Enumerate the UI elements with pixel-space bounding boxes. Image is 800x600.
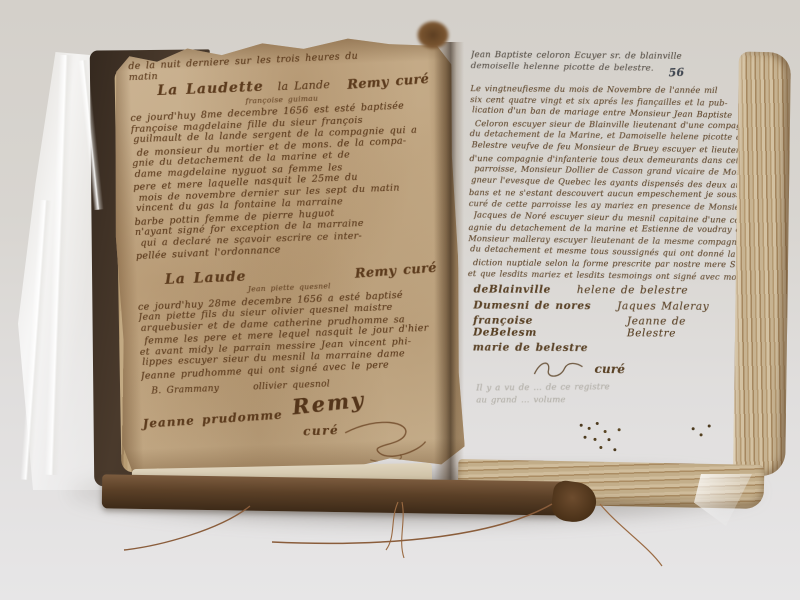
torn-spine-tuft <box>416 20 450 50</box>
signature-francoise-debelesm: françoise DeBelesm <box>473 316 601 340</box>
right-page-text: Jean Baptiste celoron Ecuyer sr. de blai… <box>466 48 743 409</box>
signature-remy: Remy <box>292 393 366 412</box>
left-signature-block: Jeanne prudomme Remy curé <box>142 388 448 446</box>
binding-threads <box>100 488 720 598</box>
cure-signature-flourish <box>530 358 586 381</box>
signature-jeanne-prudomme: Jeanne prudomme <box>142 409 283 430</box>
fore-edge-page-stack <box>733 52 791 477</box>
manuscript-line: d'une compagnie d'infanterie tous deux d… <box>469 153 741 167</box>
manuscript-line: Jean Baptiste celoron Ecuyer sr. de blai… <box>471 49 743 63</box>
manuscript-line: Le vingtneufiesme du mois de Novembre de… <box>470 83 742 97</box>
signature-flourish <box>338 411 430 467</box>
marriage-record-body: Le vingtneufiesme du mois de Novembre de… <box>468 82 743 283</box>
signature-cure-label: curé <box>594 364 625 376</box>
page-number: 56 <box>668 67 684 79</box>
witness-signature: B. Grammany <box>151 384 219 398</box>
signature-row: Dumesni de nores Jaques Maleray <box>473 300 739 313</box>
right-page: Jean Baptiste celoron Ecuyer sr. de blai… <box>449 40 755 480</box>
record1-heading-secondary: la Lande <box>277 79 330 93</box>
manuscript-line: agnie du detachement de la marine et Est… <box>468 222 740 236</box>
signature-cure-label: curé <box>303 425 339 438</box>
manuscript-line: au grand … volume <box>476 394 738 408</box>
signature-row: françoise DeBelesm Jeanne de Belestre <box>473 316 739 341</box>
ink-speck-cluster <box>580 424 583 427</box>
manuscript-line: Il y a vu de … de ce registre <box>476 380 738 396</box>
header-annotation: Jean Baptiste celoron Ecuyer sr. de blai… <box>471 48 743 76</box>
signature-dumesni: Dumesni de nores <box>473 300 591 312</box>
signature-deblainville: deBlainville <box>474 284 551 296</box>
signature-jeanne-de-belestre: Jeanne de Belestre <box>627 316 739 340</box>
photograph-of-parish-register: de la nuit derniere sur les trois heures… <box>0 0 800 600</box>
left-page: de la nuit derniere sur les trois heures… <box>109 34 466 480</box>
faint-pencil-note: Il y a vu de … de ce registreau grand … … <box>476 381 738 408</box>
manuscript-line: Celoron escuyer sieur de Blainville lieu… <box>475 118 742 132</box>
signature-row: marie de belestre <box>473 343 739 356</box>
left-page-text: de la nuit derniere sur les trois heures… <box>128 48 447 446</box>
signature-marie-de-belestre: marie de belestre <box>473 343 588 355</box>
signature-helene-de-belestre: helene de belestre <box>577 285 688 297</box>
record1-body: ce jourd'huy 8me decembre 1656 est esté … <box>130 100 440 262</box>
record2-body: ce jourd'huy 28me decembre 1656 a esté b… <box>138 288 445 381</box>
manuscript-line: diction nuptiale selon la forme prescrit… <box>473 257 740 271</box>
signature-row: deBlainville helene de belestre <box>474 284 740 297</box>
signature-jaques-maleray: Jaques Maleray <box>617 301 709 313</box>
